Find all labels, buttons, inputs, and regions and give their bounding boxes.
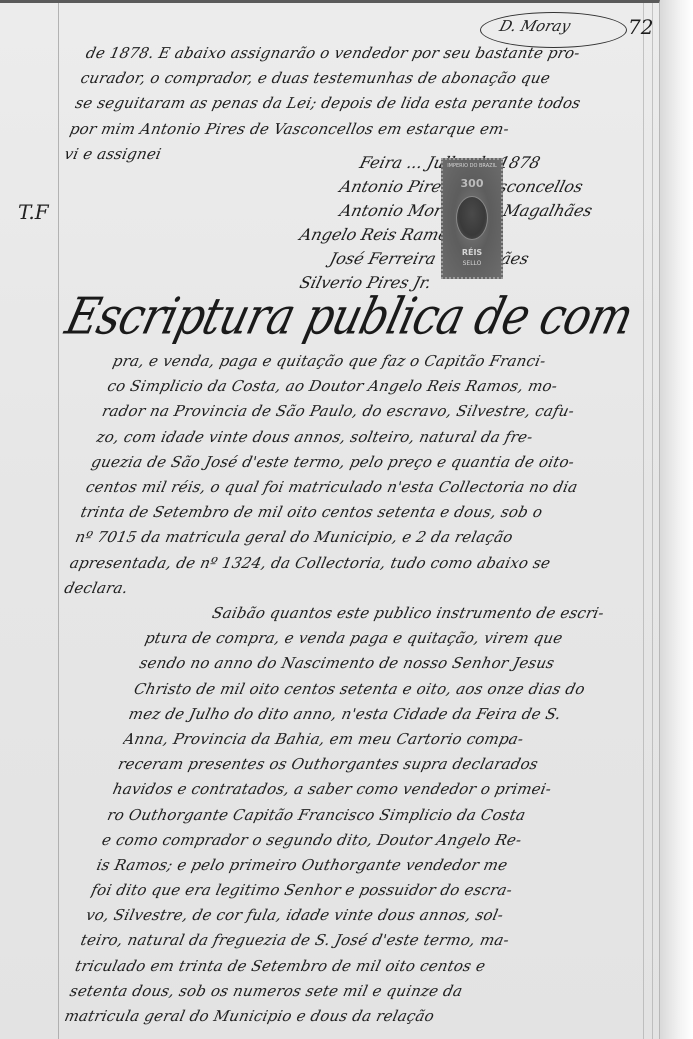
text-line: centos mil réis, o qual foi matriculado …	[83, 475, 660, 500]
revenue-stamp: IMPERIO DO BRAZIL 300 RÉIS SELLO	[441, 158, 503, 279]
text-line: por mim Antonio Pires de Vasconcellos em…	[67, 117, 660, 142]
text-line: triculado em trinta de Setembro de mil o…	[73, 954, 660, 979]
text-line: apresentada, de nº 1324, da Collectoria,…	[67, 551, 660, 576]
text-line: pra, e venda, paga e quitação que faz o …	[110, 349, 660, 374]
stamp-value: 300	[443, 177, 501, 190]
left-margin-rule	[58, 3, 59, 1039]
text-line: matricula geral do Municipio e dous da r…	[62, 1004, 657, 1029]
text-line: de 1878. E abaixo assignarão o vendedor …	[83, 41, 660, 66]
text-line: Anna, Provincia da Bahia, em meu Cartori…	[121, 727, 660, 752]
text-line: declara.	[62, 576, 657, 601]
stamp-unit: RÉIS	[443, 248, 501, 257]
text-line: trinta de Setembro de mil oito centos se…	[78, 500, 660, 525]
header-signature: D. Moray	[498, 17, 573, 35]
previous-deed-closing: de 1878. E abaixo assignarão o vendedor …	[62, 41, 660, 167]
text-line: ro Outhorgante Capitão Francisco Simplic…	[105, 803, 660, 828]
stamp-top-text: IMPERIO DO BRAZIL	[443, 163, 501, 169]
text-line: se seguitaram as penas da Lei; depois de…	[73, 91, 660, 116]
text-line: Christo de mil oito centos setenta e oit…	[132, 677, 660, 702]
text-line: havidos e contratados, a saber como vend…	[110, 777, 660, 802]
text-line: setenta dous, sob os numeros sete mil e …	[67, 979, 660, 1004]
text-line: nº 7015 da matricula geral do Municipio,…	[73, 525, 660, 550]
text-line: co Simplicio da Costa, ao Doutor Angelo …	[105, 374, 660, 399]
folio-number: 72	[628, 15, 653, 39]
text-line: sendo no anno do Nascimento de nosso Sen…	[137, 651, 660, 676]
emperor-portrait-icon	[456, 196, 488, 240]
deed-title: Escriptura publica de com	[60, 287, 660, 346]
document-page: D. Moray 72 de 1878. E abaixo assignarão…	[0, 0, 660, 1039]
text-line: ptura de compra, e venda paga e quitação…	[142, 626, 660, 651]
text-line: curador, o comprador, e duas testemunhas…	[78, 66, 660, 91]
page-edge-background	[660, 0, 693, 1039]
text-line: guezia de São José d'este termo, pelo pr…	[89, 450, 660, 475]
text-line: e como comprador o segundo dito, Doutor …	[99, 828, 660, 853]
margin-marker: T.F	[18, 200, 49, 224]
text-line: vo, Silvestre, de cor fula, idade vinte …	[83, 903, 660, 928]
text-line: mez de Julho do dito anno, n'esta Cidade…	[126, 702, 660, 727]
text-line: receram presentes os Outhorgantes supra …	[116, 752, 660, 777]
text-line: foi dito que era legitimo Senhor e possu…	[89, 878, 660, 903]
text-line: Saibão quantos este publico instrumento …	[148, 601, 660, 626]
deed-opening: pra, e venda, paga e quitação que faz o …	[62, 349, 660, 601]
deed-body: Saibão quantos este publico instrumento …	[62, 601, 660, 1029]
stamp-bottom-text: SELLO	[443, 260, 501, 267]
text-line: teiro, natural da freguezia de S. José d…	[78, 928, 660, 953]
text-line: rador na Provincia de São Paulo, do escr…	[99, 399, 660, 424]
text-line: is Ramos; e pelo primeiro Outhorgante ve…	[94, 853, 660, 878]
text-line: zo, com idade vinte dous annos, solteiro…	[94, 425, 660, 450]
